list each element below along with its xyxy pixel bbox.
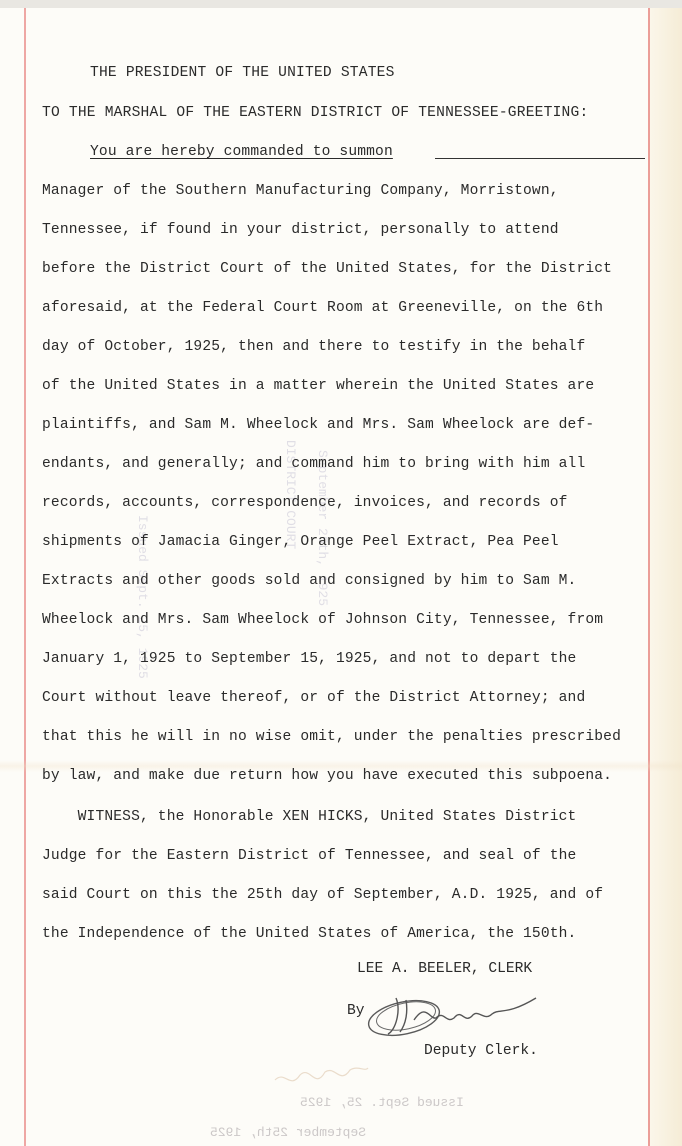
- body-line: plaintiffs, and Sam M. Wheelock and Mrs.…: [42, 416, 594, 434]
- left-margin-rule: [24, 8, 26, 1146]
- body-line: Extracts and other goods sold and consig…: [42, 572, 576, 590]
- body-line: by law, and make due return how you have…: [42, 767, 612, 785]
- body-line: aforesaid, at the Federal Court Room at …: [42, 299, 603, 317]
- body-line: Court without leave thereof, or of the D…: [42, 689, 585, 707]
- body-line: records, accounts, correspondence, invoi…: [42, 494, 568, 512]
- scan-top-strip: [0, 0, 682, 8]
- bleed-through-text: Issued Sept. 25, 1925: [300, 1095, 464, 1110]
- deputy-signature: [366, 990, 541, 1040]
- body-line: Manager of the Southern Manufacturing Co…: [42, 182, 559, 200]
- body-line: before the District Court of the United …: [42, 260, 612, 278]
- body-line: day of October, 1925, then and there to …: [42, 338, 585, 356]
- body-line: Tennessee, if found in your district, pe…: [42, 221, 559, 239]
- body-line: January 1, 1925 to September 15, 1925, a…: [42, 650, 576, 668]
- witness-line: the Independence of the United States of…: [42, 925, 576, 943]
- by-label: By: [347, 1003, 365, 1019]
- clerk-name: LEE A. BEELER, CLERK: [357, 961, 532, 977]
- paper-right-edge: [650, 8, 682, 1146]
- witness-line: WITNESS, the Honorable XEN HICKS, United…: [42, 808, 576, 826]
- witness-line: Judge for the Eastern District of Tennes…: [42, 847, 576, 865]
- heading-line-2: TO THE MARSHAL OF THE EASTERN DISTRICT O…: [42, 104, 588, 122]
- body-line: shipments of Jamacia Ginger, Orange Peel…: [42, 533, 559, 551]
- bleed-through-signature: [270, 1060, 370, 1100]
- body-line: of the United States in a matter wherein…: [42, 377, 594, 395]
- bleed-through-text: September 25th, 1925: [210, 1125, 366, 1140]
- command-line: You are hereby commanded to summon: [90, 143, 393, 161]
- heading-line-1: THE PRESIDENT OF THE UNITED STATES: [90, 64, 395, 82]
- body-line: endants, and generally; and command him …: [42, 455, 585, 473]
- witness-line: said Court on this the 25th day of Septe…: [42, 886, 603, 904]
- summon-blank-field: [435, 158, 645, 159]
- body-line: that this he will in no wise omit, under…: [42, 728, 621, 746]
- body-line: Wheelock and Mrs. Sam Wheelock of Johnso…: [42, 611, 603, 629]
- right-margin-rule: [648, 8, 650, 1146]
- deputy-clerk-label: Deputy Clerk.: [424, 1043, 538, 1059]
